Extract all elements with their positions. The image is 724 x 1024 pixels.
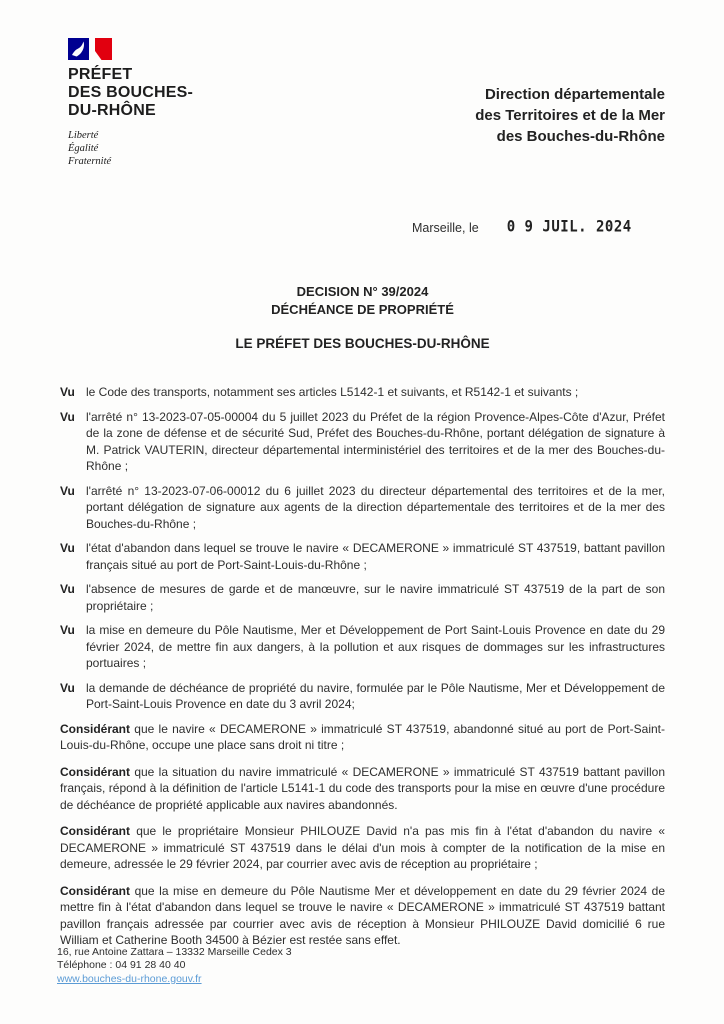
direction-line: des Bouches-du-Rhône <box>475 126 665 147</box>
government-identity-block: PRÉFET DES BOUCHES- DU-RHÔNE Liberté Éga… <box>60 36 193 168</box>
considerant-label: Considérant <box>60 765 130 779</box>
decision-number: DECISION N° 39/2024 <box>60 283 665 301</box>
vu-paragraph: Vu l'arrêté n° 13-2023-07-06-00012 du 6 … <box>60 483 665 533</box>
considerant-paragraph: Considérant que la situation du navire i… <box>60 764 665 814</box>
vu-label: Vu <box>60 409 86 475</box>
vu-label: Vu <box>60 680 86 713</box>
authority-title: LE PRÉFET DES BOUCHES-DU-RHÔNE <box>60 336 665 353</box>
vu-text: le Code des transports, notamment ses ar… <box>86 384 665 401</box>
direction-line: des Territoires et de la Mer <box>475 105 665 126</box>
place-label: Marseille, le <box>412 220 479 237</box>
motto-line: Liberté <box>68 129 193 142</box>
republic-motto: Liberté Égalité Fraternité <box>68 129 193 168</box>
decision-body: Vu le Code des transports, notamment ses… <box>60 384 665 949</box>
considerant-label: Considérant <box>60 722 130 736</box>
considerant-text: que la situation du navire immatriculé «… <box>60 765 665 812</box>
issuing-direction: Direction départementale des Territoires… <box>475 84 665 147</box>
vu-text: l'arrêté n° 13-2023-07-05-00004 du 5 jui… <box>86 409 665 475</box>
vu-text: l'absence de mesures de garde et de manœ… <box>86 581 665 614</box>
considerant-text: que la mise en demeure du Pôle Nautisme … <box>60 884 665 948</box>
vu-paragraph: Vu l'absence de mesures de garde et de m… <box>60 581 665 614</box>
document-header: PRÉFET DES BOUCHES- DU-RHÔNE Liberté Éga… <box>60 36 665 168</box>
motto-line: Fraternité <box>68 155 193 168</box>
decision-subject: DÉCHÉANCE DE PROPRIÉTÉ <box>60 301 665 319</box>
french-flag-marianne-icon <box>68 36 118 62</box>
considerant-paragraph: Considérant que le navire « DECAMERONE »… <box>60 721 665 754</box>
footer-phone: Téléphone : 04 91 28 40 40 <box>57 959 292 973</box>
considerant-paragraph: Considérant que le propriétaire Monsieur… <box>60 823 665 873</box>
considerant-label: Considérant <box>60 824 130 838</box>
vu-text: l'état d'abandon dans lequel se trouve l… <box>86 540 665 573</box>
direction-line: Direction départementale <box>475 84 665 105</box>
vu-label: Vu <box>60 622 86 672</box>
vu-paragraph: Vu la demande de déchéance de propriété … <box>60 680 665 713</box>
vu-text: la mise en demeure du Pôle Nautisme, Mer… <box>86 622 665 672</box>
considerant-text: que le propriétaire Monsieur PHILOUZE Da… <box>60 824 665 871</box>
dateline: Marseille, le 0 9 JUIL. 2024 <box>412 220 665 237</box>
vu-label: Vu <box>60 483 86 533</box>
vu-label: Vu <box>60 384 86 401</box>
footer-website-link[interactable]: www.bouches-du-rhone.gouv.fr <box>57 973 292 987</box>
vu-paragraph: Vu le Code des transports, notamment ses… <box>60 384 665 401</box>
considerant-text: que le navire « DECAMERONE » immatriculé… <box>60 722 665 753</box>
vu-text: l'arrêté n° 13-2023-07-06-00012 du 6 jui… <box>86 483 665 533</box>
vu-label: Vu <box>60 581 86 614</box>
document-footer: 16, rue Antoine Zattara – 13332 Marseill… <box>57 946 292 987</box>
vu-paragraph: Vu l'arrêté n° 13-2023-07-05-00004 du 5 … <box>60 409 665 475</box>
footer-address: 16, rue Antoine Zattara – 13332 Marseill… <box>57 946 292 960</box>
prefet-title-line: DES BOUCHES- <box>68 84 193 102</box>
prefet-title-line: DU-RHÔNE <box>68 102 193 120</box>
prefet-title-line: PRÉFET <box>68 66 193 84</box>
document-page: PRÉFET DES BOUCHES- DU-RHÔNE Liberté Éga… <box>0 0 724 1024</box>
motto-line: Égalité <box>68 142 193 155</box>
considerant-label: Considérant <box>60 884 130 898</box>
vu-paragraph: Vu l'état d'abandon dans lequel se trouv… <box>60 540 665 573</box>
considerant-paragraph: Considérant que la mise en demeure du Pô… <box>60 883 665 949</box>
date-stamp: 0 9 JUIL. 2024 <box>507 218 632 237</box>
prefet-title: PRÉFET DES BOUCHES- DU-RHÔNE <box>68 66 193 120</box>
decision-title: DECISION N° 39/2024 DÉCHÉANCE DE PROPRIÉ… <box>60 283 665 319</box>
vu-paragraph: Vu la mise en demeure du Pôle Nautisme, … <box>60 622 665 672</box>
vu-text: la demande de déchéance de propriété du … <box>86 680 665 713</box>
vu-label: Vu <box>60 540 86 573</box>
